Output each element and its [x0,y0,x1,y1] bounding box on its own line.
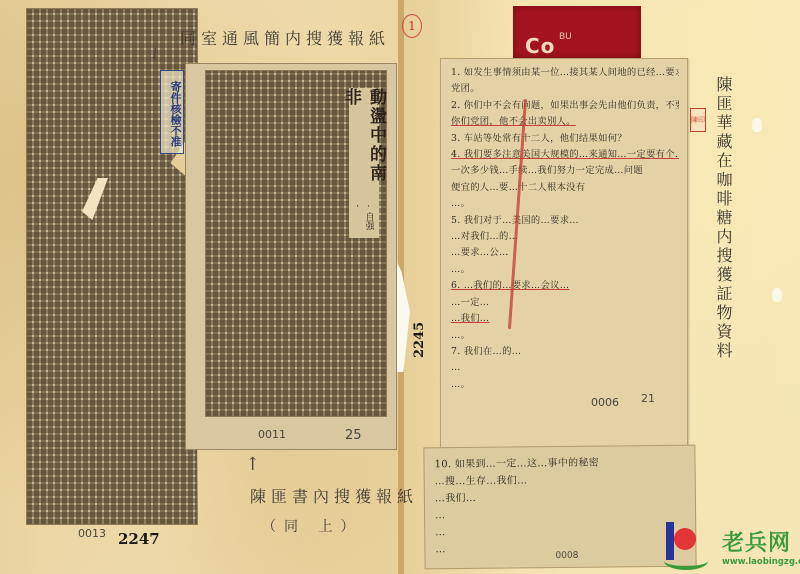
red-seal: 陳印 [690,108,706,132]
note-lines-bottom: 10. 如果到…一定…这…事中的秘密 …搜…生存…我们… …我们… … … … [434,454,687,559]
note-line: 便宜的人…要…十二人根本没有 [451,180,679,196]
red-circled-number: 1 [402,14,422,38]
watermark-name: 老兵网 [722,526,791,557]
note-line: …一定… [451,295,679,311]
arrow-up-icon: ↑ [245,454,260,475]
note-number-right: 21 [641,392,655,405]
clip-number-left: 0013 [78,527,106,540]
note-line: 党团。 [451,81,679,97]
note-line: 1. 如发生事情须由某一位…接其某人间地的已经…要求我们 [451,65,679,81]
note-line: 你们党团，他不会出卖别人。 [451,114,679,130]
watermark-logo: 老兵网 www.laobingzg.com [664,520,800,574]
stamp-number-2247: 2247 [118,530,160,548]
note-lines: 1. 如发生事情须由某一位…接其某人间地的已经…要求我们 党团。 2. 你们中不… [451,65,679,393]
note-line: …我们… [451,311,679,327]
stamp-number-2245: 2245 [412,322,427,358]
watermark-url: www.laobingzg.com [722,557,800,567]
note-number: 0006 [591,396,619,409]
note-line: …。 [451,377,679,393]
note-line: 4. 我们要多注意美国大规模的…来通知…一定要有个… [451,147,679,163]
article-title: 動盪中的南非 [339,88,389,198]
article-title-block: 動盪中的南非 ·自强· [349,88,379,238]
note-line: …。 [451,196,679,212]
note-line: 2. 你们中不会有问题，如果出事会先由他们负责，不要求 [451,98,679,114]
note-line: … [451,360,679,376]
paper-hole [772,288,782,302]
note-line: 6. …我们的…要求…会议… [451,278,679,294]
note-line: …对我们…的… [451,229,679,245]
note-line: …。 [451,262,679,278]
note-line: 7. 我们在…的… [451,344,679,360]
red-label-small: BU [559,32,572,42]
handwritten-note-sheet: 1. 如发生事情须由某一位…接其某人间地的已经…要求我们 党团。 2. 你们中不… [440,58,688,448]
note-line: 一次多少钱…手续…我们努力一定完成…问题 [451,163,679,179]
red-label-text: Co [525,34,555,58]
caption-top-left: 同室通風簡内搜獲報紙 [180,26,390,49]
caption-bottom-left: 陳匪書內搜獲報紙 [250,484,418,507]
note-line: …要求…公… [451,245,679,261]
clip-page-number: 25 [345,428,362,443]
note-number-bottom: 0008 [555,551,578,561]
blue-censor-stamp: 寄件核檢不准 [160,70,184,154]
note-line: 5. 我们对于…美国的…要求… [451,213,679,229]
clip-number: 0011 [258,428,286,441]
caption-bottom-sub: （同 上） [262,516,362,536]
handwritten-note-sheet-2: 10. 如果到…一定…这…事中的秘密 …搜…生存…我们… …我们… … … … … [423,445,696,570]
article-byline: ·自强· [353,202,376,239]
note-line: 3. 车站等处常有十二人，他们结果如何？ [451,131,679,147]
logo-swoosh-icon [664,552,708,570]
paper-hole [752,118,762,132]
logo-globe-icon [674,528,696,550]
right-page-title: 陳匪華藏在咖啡糖内搜獲証物資料 [712,76,735,361]
red-coffee-label: Co BU [513,6,641,58]
note-line: …。 [451,328,679,344]
